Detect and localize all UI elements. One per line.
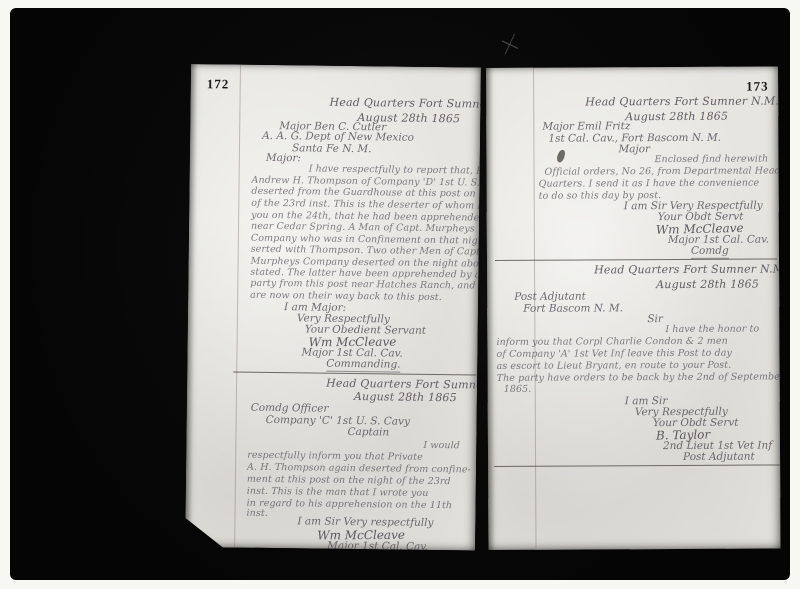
handwriting-line: Enclosed find herewith — [654, 155, 768, 165]
margin-rule-left-page — [234, 65, 241, 548]
letter-date: August 28th 1865 — [354, 391, 457, 403]
handwriting-line: Quarters. I send it as I have the conven… — [539, 179, 760, 190]
handwriting-line: I have the honor to — [665, 325, 759, 335]
handwriting-line: are now on their way back to this post. — [250, 291, 442, 303]
handwriting-line: I would — [423, 441, 460, 451]
addressee-line: Santa Fe N. M. — [292, 143, 372, 154]
closing-line: Comdg — [691, 246, 729, 259]
ink-blot — [556, 149, 566, 163]
handwriting-line: I have respectfully to report that, Priv… — [309, 164, 481, 176]
film-background: 172 Head Quarters Fort Sumner N.M. Augus… — [10, 8, 790, 580]
handwriting-line: inst. This is the man that I wrote you — [247, 487, 429, 499]
addressee-line: Comdg Officer — [251, 403, 329, 414]
handwriting-line: Official orders, No 26, from Departmenta… — [545, 166, 781, 177]
letter-date: August 28th 1865 — [625, 111, 728, 123]
closing-line: I am Sir Very respectfully — [297, 516, 433, 528]
handwriting-line: near Cedar Spring. A Man of Capt. Murphe… — [251, 222, 475, 234]
addressee-line: Captain — [347, 427, 389, 438]
microfilm-scan-frame: 172 Head Quarters Fort Sumner N.M. Augus… — [0, 0, 800, 589]
closing-line: Major 1st Cal. Cav. — [327, 541, 428, 551]
letter-heading: Head Quarters Fort Sumner N.M. — [326, 378, 481, 391]
handwriting-line: of Company 'A' 1st Vet Inf leave this Po… — [496, 349, 731, 360]
letter-heading: Head Quarters Fort Sumner N.M. — [594, 263, 780, 275]
letter-separator-rule — [233, 372, 476, 376]
handwriting-line: 1865. — [504, 385, 532, 395]
handwriting-line: ment at this post on the night of the 23… — [247, 475, 451, 487]
salutation: Major — [618, 144, 650, 155]
closing-line: Post Adjutant — [683, 452, 755, 463]
addressee-line: Fort Bascom N. M. — [523, 303, 623, 314]
salutation: Major: — [266, 153, 301, 164]
salutation: Sir — [647, 314, 663, 325]
handwriting-line: A. H. Thompson again deserted from confi… — [247, 463, 471, 475]
closing-line: Commanding. — [326, 359, 400, 372]
letter-separator-rule — [494, 464, 780, 466]
handwriting-line: The party have orders to be back by the … — [497, 372, 781, 383]
addressee-line: A. A. G. Dept of New Mexico — [262, 131, 414, 143]
ledger-page-left: 172 Head Quarters Fort Sumner N.M. Augus… — [185, 64, 481, 551]
ledger-page-right: 173 Head Quarters Fort Sumner N.M. Augus… — [486, 66, 781, 550]
addressee-line: Major Emil Fritz — [542, 121, 630, 132]
handwriting-line: as escort to Lieut Bryant, en route to y… — [497, 361, 732, 372]
letter-heading: Head Quarters Fort Sumner N.M. — [585, 95, 779, 107]
handwriting-line: respectfully inform you that Private — [247, 451, 423, 463]
handwriting-line: inst. — [246, 509, 267, 519]
handwriting-line: inform you that Corpl Charlie Condon & 2… — [496, 337, 727, 348]
film-scratch — [502, 34, 518, 54]
addressee-line: Company 'C' 1st U. S. Cavy — [266, 415, 410, 427]
letter-date: August 28th 1865 — [656, 279, 759, 291]
addressee-line: Post Adjutant — [514, 291, 586, 302]
letter-separator-rule — [495, 258, 777, 260]
page-number-right: 173 — [746, 79, 769, 95]
page-number-left: 172 — [207, 76, 230, 92]
letter-heading: Head Quarters Fort Sumner N.M. — [329, 97, 481, 110]
handwriting-line: party from this post near Hatches Ranch,… — [250, 279, 475, 291]
handwriting-line: in regard to his apprehension on the 11t… — [247, 499, 453, 511]
